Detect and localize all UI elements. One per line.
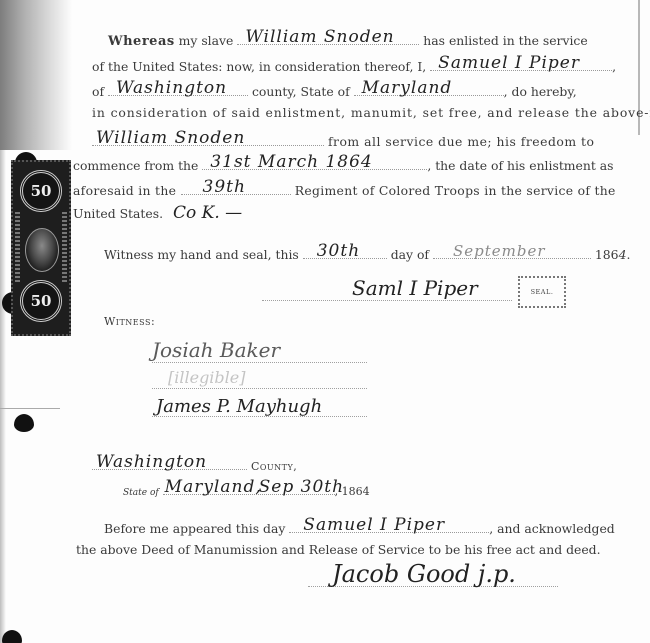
- witness-line-1: [152, 362, 367, 363]
- handwritten-slave-name-2: William Snoden: [96, 130, 245, 146]
- owner-name-field: Samuel I Piper: [430, 56, 612, 71]
- handwritten-ack-date: Sep 30th: [259, 479, 344, 495]
- ack-state-line: State of Maryland,Sep 30th, 1864: [123, 480, 370, 501]
- opening-word: Whereas: [108, 34, 175, 49]
- ack-state-date-field: Maryland,Sep 30th: [163, 480, 335, 495]
- handwritten-ack-county: Washington: [96, 454, 207, 470]
- handwritten-month: September: [453, 243, 546, 259]
- para1-line3: of Washington county, State of Maryland,…: [92, 81, 577, 100]
- handwritten-company: Co K. —: [173, 203, 242, 223]
- text: Regiment of Colored Troops in the servic…: [295, 183, 616, 198]
- handwritten-slave-name: William Snoden: [245, 29, 394, 45]
- para1-line8: United States. Co K. —: [73, 205, 242, 222]
- text: of the United States: now, in considerat…: [92, 59, 426, 74]
- text: Before me appeared this day: [104, 521, 285, 536]
- state-field: Maryland: [354, 81, 504, 96]
- text: Witness my hand and seal, this: [104, 247, 299, 262]
- stamp-border-right: [62, 212, 67, 282]
- handwritten-day: 30th: [317, 243, 360, 259]
- day-field: 30th: [303, 244, 387, 259]
- text: in consideration of said enlistment, man…: [92, 105, 650, 120]
- county-label: County,: [251, 460, 297, 473]
- ack-appeared-line: Before me appeared this day Samuel I Pip…: [104, 518, 615, 537]
- text: my slave: [179, 33, 234, 48]
- punch-hole-icon: [2, 630, 22, 643]
- stamp-denomination-bottom: 50: [20, 280, 62, 322]
- witness-signature-1: Josiah Baker: [152, 338, 280, 362]
- text: of: [92, 84, 104, 99]
- text: United States.: [73, 206, 163, 221]
- text: , the date of his enlistment as: [427, 158, 613, 173]
- para1-line6: commence from the 31st March 1864, the d…: [73, 155, 614, 174]
- witness-line-2: [152, 388, 367, 389]
- text: ,: [612, 59, 616, 74]
- text: county, State of: [252, 84, 350, 99]
- text: 186: [595, 247, 619, 262]
- regiment-field: 39th: [181, 180, 291, 195]
- ack-county-field: Washington: [92, 455, 247, 470]
- state-of-label: State of: [123, 488, 159, 498]
- document-page: 50 50 Whereas my slave William Snoden ha…: [0, 0, 650, 643]
- stamp-denomination-top: 50: [20, 170, 62, 212]
- seal-box: SEAL.: [518, 276, 566, 308]
- handwritten-state: Maryland: [362, 80, 453, 96]
- month-field: September: [433, 244, 591, 259]
- text: has enlisted in the service: [423, 33, 587, 48]
- revenue-stamp: 50 50: [11, 160, 71, 336]
- ack-deed-line: the above Deed of Manumission and Releas…: [76, 542, 601, 558]
- owner-signature: Saml I Piper: [352, 276, 478, 300]
- stamp-portrait-icon: [25, 228, 59, 272]
- text: , and acknowledged: [489, 521, 614, 536]
- text: day of: [391, 247, 429, 262]
- paper-crease: [0, 408, 60, 409]
- handwritten-ack-state: Maryland,: [165, 479, 262, 495]
- text: the above Deed of Manumission and Releas…: [76, 542, 601, 557]
- justice-signature: Jacob Good j.p.: [332, 560, 516, 588]
- para1-line2: of the United States: now, in considerat…: [92, 56, 616, 75]
- witness-label: Witness:: [104, 314, 155, 330]
- punch-hole-icon: [14, 414, 34, 432]
- witness-signature-3: James P. Mayhugh: [156, 396, 322, 417]
- para1-line7: aforesaid in the 39th Regiment of Colore…: [73, 180, 616, 199]
- handwritten-county: Washington: [116, 80, 227, 96]
- text: , do hereby,: [504, 84, 577, 99]
- text: .: [626, 247, 630, 262]
- slave-name-field-2: William Snoden: [92, 131, 324, 146]
- text: commence from the: [73, 158, 198, 173]
- ack-county-line: Washington County,: [92, 455, 297, 475]
- scan-shadow: [0, 0, 72, 150]
- para1-line1: Whereas my slave William Snoden has enli…: [108, 30, 588, 50]
- handwritten-ack-person: Samuel I Piper: [303, 517, 445, 533]
- handwritten-owner-name: Samuel I Piper: [438, 55, 580, 71]
- ack-person-field: Samuel I Piper: [289, 518, 489, 533]
- handwritten-regiment: 39th: [203, 179, 246, 195]
- handwritten-enlistment-date: 31st March 1864: [210, 154, 372, 170]
- text: from all service due me; his freedom to: [328, 134, 595, 149]
- slave-name-field: William Snoden: [237, 30, 419, 45]
- county-field: Washington: [108, 81, 248, 96]
- stamp-border-left: [15, 212, 20, 282]
- enlistment-date-field: 31st March 1864: [202, 155, 427, 170]
- para1-line5: William Snoden from all service due me; …: [92, 131, 594, 150]
- signature-line: [262, 300, 512, 301]
- text: aforesaid in the: [73, 183, 176, 198]
- seal-label: SEAL.: [531, 288, 554, 296]
- witness-hand-line: Witness my hand and seal, this 30th day …: [104, 244, 630, 263]
- para1-line4: in consideration of said enlistment, man…: [92, 105, 650, 121]
- witness-signature-2: [illegible]: [168, 368, 246, 387]
- scan-edge: [0, 150, 6, 643]
